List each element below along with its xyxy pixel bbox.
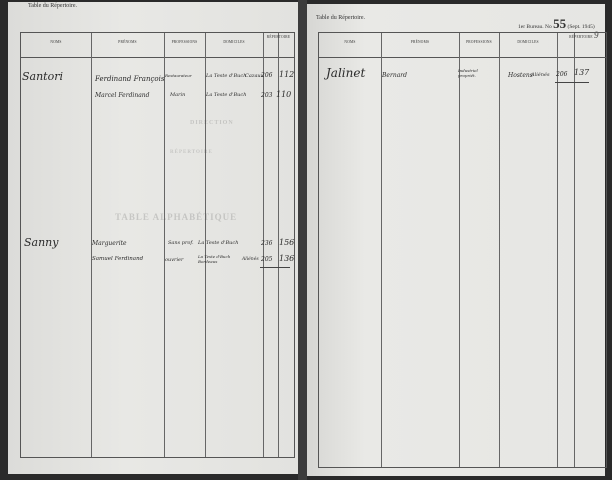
entry-domicile: La Teste d'Buch [206, 73, 246, 79]
left-header-row [21, 33, 294, 58]
left-page-title: Table du Répertoire. [28, 3, 77, 9]
folio-label: 1er Bureau. No 55 (Sept. 1945) [518, 16, 595, 32]
entry-profession: Restaurateur [165, 73, 192, 78]
right-register-table: NOMS PRÉNOMS PROFESSIONS DOMICILES RÉPER… [318, 32, 607, 468]
col-header-prenoms: PRÉNOMS [91, 40, 164, 44]
folio-number: 55 [553, 16, 566, 31]
book-gutter [298, 0, 307, 480]
entry-surname: Jalinet [326, 66, 365, 80]
right-page-title: Table du Répertoire. [316, 15, 365, 21]
col-header-noms: NOMS [21, 40, 91, 44]
left-register-table: NOMS PRÉNOMS PROFESSIONS DOMICILES RÉPER… [20, 32, 295, 458]
col-header-repertoire: RÉPERTOIRE [263, 35, 294, 39]
entry-first-names: Ferdinand François [95, 75, 164, 83]
entry-surname: Santori [22, 70, 63, 83]
col-header-domiciles: DOMICILES [205, 40, 263, 44]
col-header-professions: PROFESSIONS [164, 40, 205, 44]
bleed-through-text: TABLE ALPHABÉTIQUE [115, 212, 237, 222]
